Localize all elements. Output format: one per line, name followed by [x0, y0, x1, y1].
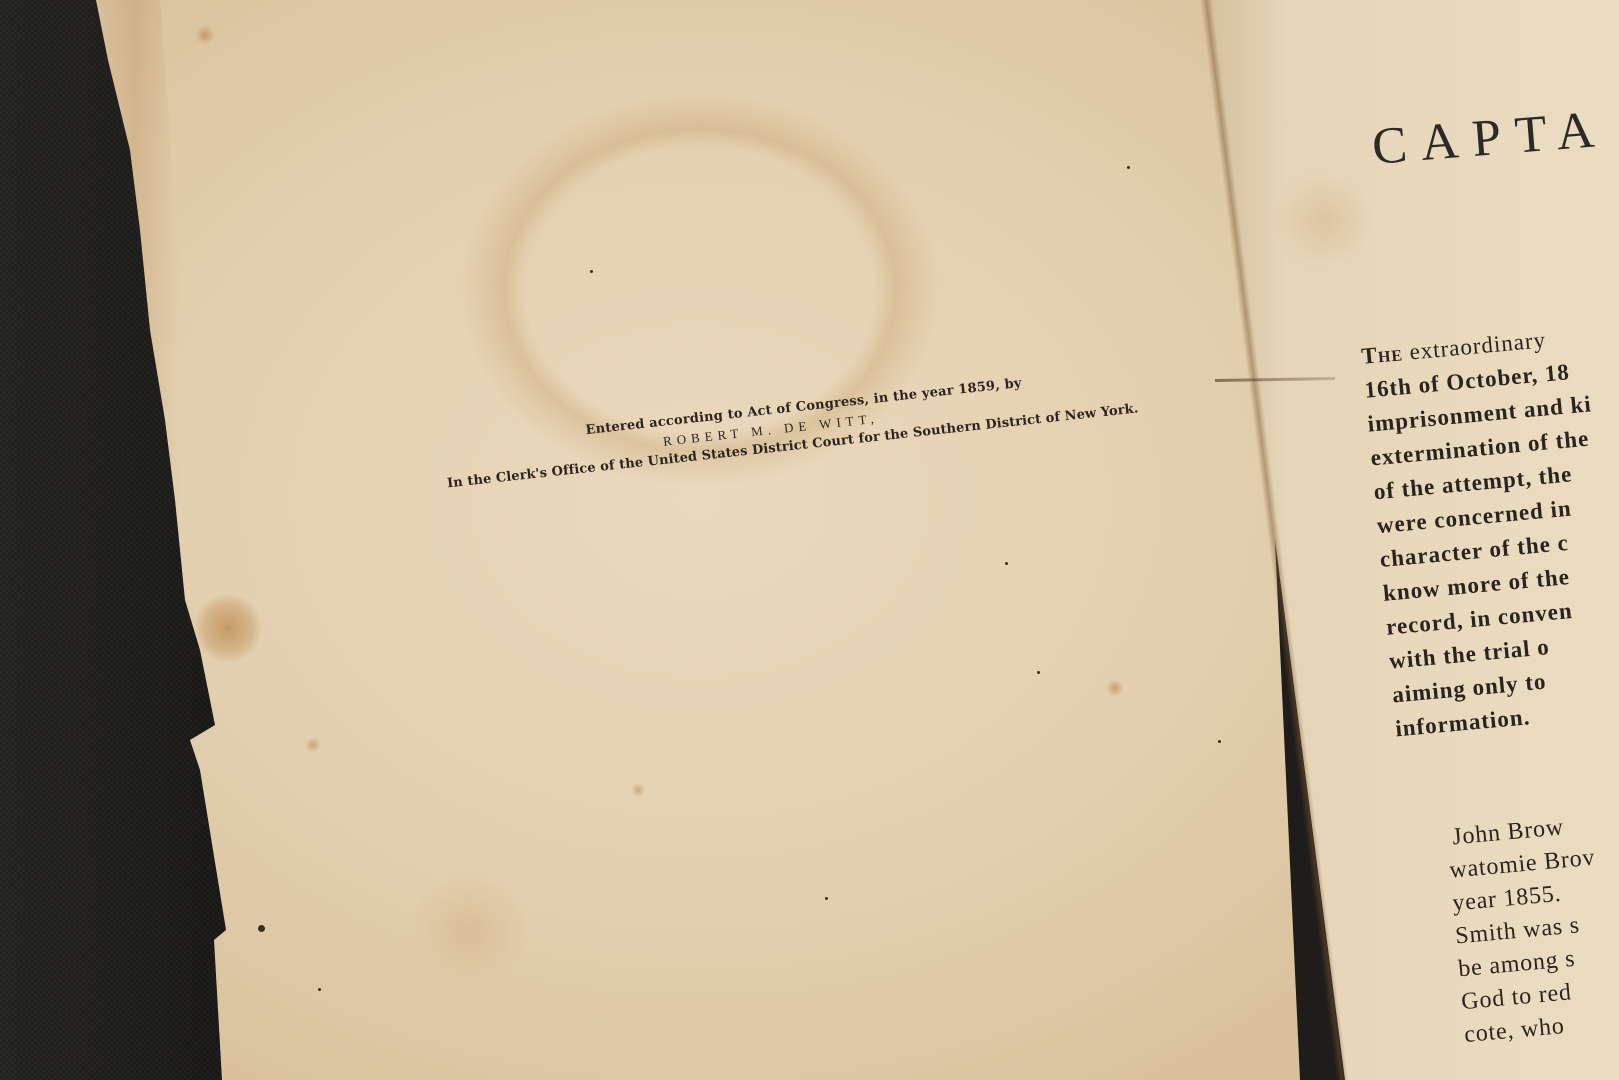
paragraph-john-brown: John Brow watomie Brov year 1855. Smith …: [1445, 809, 1612, 1052]
ink-speck: [1037, 671, 1040, 674]
ink-speck: [1218, 740, 1221, 743]
ink-speck: [825, 897, 828, 900]
paragraph-intro: The extraordinary 16th of October, 18 im…: [1360, 311, 1619, 746]
ink-speck: [1005, 562, 1008, 565]
ink-speck: [590, 270, 593, 273]
ink-speck: [318, 988, 321, 991]
ink-speck: [1127, 166, 1130, 169]
ink-speck: [258, 925, 265, 932]
lead-word: The: [1360, 340, 1404, 369]
